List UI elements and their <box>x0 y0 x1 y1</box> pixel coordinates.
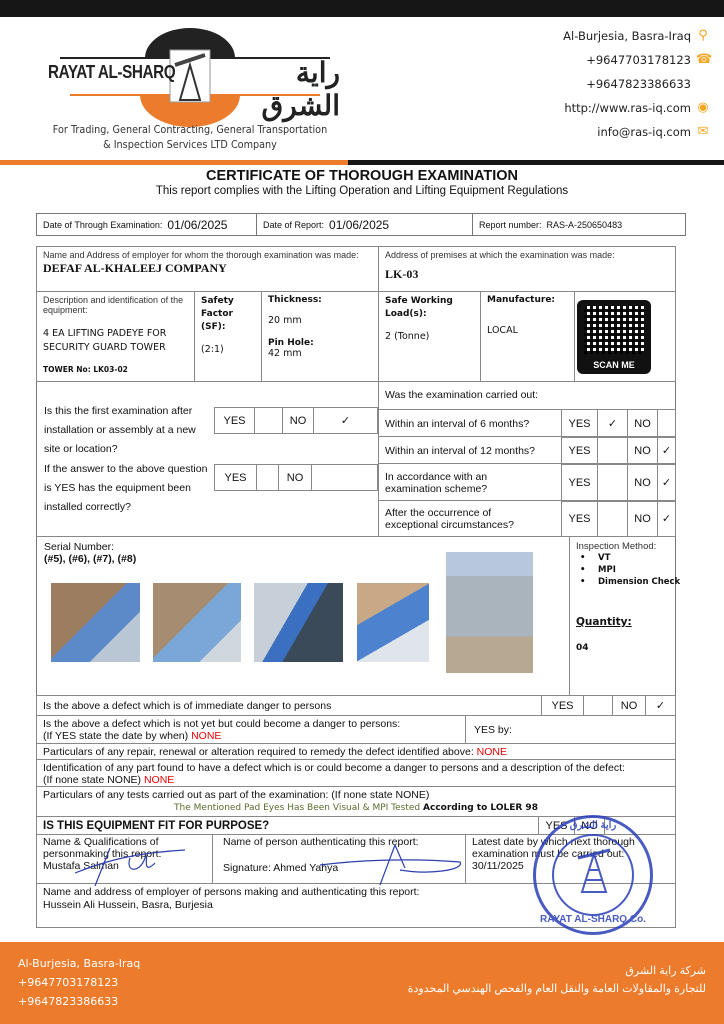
report-number-cell: Report number:RAS-A-250650483 <box>473 214 685 235</box>
carried-out-row: After the occurrence of exceptional circ… <box>378 500 676 536</box>
immediate-danger-answer: YES NO ✓ <box>541 695 676 716</box>
logo-text-arabic: راية الشرق <box>236 56 340 122</box>
yes-label: YES <box>215 408 255 433</box>
exam-date-label: Date of Through Examination: <box>43 220 162 230</box>
safe-working-load-cell: Safe Working Load(s): 2 (Tonne) <box>378 291 481 382</box>
manufacture-cell: Manufacture: LOCAL <box>480 291 575 382</box>
inspection-method-item: •Dimension Check <box>580 576 680 588</box>
tests-row: Particulars of any tests carried out as … <box>36 786 676 817</box>
yes-label: YES <box>562 464 598 501</box>
company-tagline: For Trading, General Contracting, Genera… <box>52 123 328 153</box>
contact-address: Al-Burjesia, Basra-Iraq⚲ <box>563 24 710 48</box>
first-exam-question: Is this the first examination after inst… <box>44 402 209 459</box>
premises-value: LK-03 <box>385 267 669 282</box>
tagline-line-2: & Inspection Services LTD Company <box>52 138 328 153</box>
installed-no-checkbox[interactable] <box>312 465 377 490</box>
installed-yes-checkbox[interactable] <box>257 465 279 490</box>
no-label: NO <box>279 465 312 490</box>
safety-factor-cell: Safety Factor (SF): (2:1) <box>194 291 262 382</box>
contact-phone-2: +9647823386633 <box>563 72 710 96</box>
serial-number-value: (#5), (#6), (#7), (#8) <box>44 553 136 565</box>
telephone-icon: ☎ <box>696 53 710 67</box>
report-date-label: Date of Report: <box>263 220 324 230</box>
envelope-icon: ✉ <box>696 125 710 139</box>
qr-code[interactable]: SCAN ME <box>577 300 651 374</box>
no-checkbox[interactable]: ✓ <box>658 437 675 464</box>
footer-contacts: Al-Burjesia, Basra-Iraq +9647703178123 +… <box>18 954 140 1011</box>
defect-identification-hint: (If none state NONE) <box>43 774 141 786</box>
spacer <box>696 77 710 91</box>
footer: Al-Burjesia, Basra-Iraq +9647703178123 +… <box>0 942 724 1024</box>
premises-label: Address of premises at which the examina… <box>385 250 669 260</box>
yes-label: YES <box>562 501 598 536</box>
premises-cell: Address of premises at which the examina… <box>378 246 676 292</box>
equipment-description-label: Description and identification of the eq… <box>43 295 188 315</box>
yes-label: YES <box>562 437 598 464</box>
report-date-value: 01/06/2025 <box>329 218 389 232</box>
scan-me-label: SCAN ME <box>577 360 651 370</box>
thickness-cell: Thickness: 20 mm Pin Hole: 42 mm <box>261 291 379 382</box>
stamp-derrick-icon <box>576 848 612 894</box>
installed-correctly-answer: YES NO <box>214 464 378 491</box>
padeye-photo-4 <box>357 583 429 662</box>
stamp-text-arabic: راية الشرق <box>536 820 650 831</box>
future-danger-value: NONE <box>191 730 221 742</box>
no-checkbox[interactable] <box>658 410 675 437</box>
padeye-photo-1 <box>51 583 140 662</box>
contact-block: Al-Burjesia, Basra-Iraq⚲ +9647703178123☎… <box>563 24 710 144</box>
contact-phone-1: +9647703178123☎ <box>563 48 710 72</box>
padeye-photo-3 <box>254 583 343 662</box>
safety-factor-label: Safety Factor (SF): <box>201 295 255 334</box>
tests-standard: According to LOLER 98 <box>423 803 538 813</box>
safety-factor-value: (2:1) <box>201 344 255 355</box>
exam-date-cell: Date of Through Examination:01/06/2025 <box>37 214 257 235</box>
inspection-method-label: Inspection Method: <box>576 541 656 552</box>
employer-cell: Name and Address of employer for whom th… <box>36 246 379 292</box>
installed-correctly-question: If the answer to the above question is Y… <box>44 460 209 517</box>
yes-label: YES <box>215 465 257 490</box>
defect-identification-question: Identification of any part found to have… <box>43 762 669 774</box>
defect-identification-row: Identification of any part found to have… <box>36 759 676 787</box>
certificate-subtitle: This report complies with the Lifting Op… <box>0 185 724 197</box>
carried-out-row: Within an interval of 6 months?YES✓NO <box>378 409 676 437</box>
inspection-method-item: •MPI <box>580 564 680 576</box>
report-date-cell: Date of Report:01/06/2025 <box>257 214 473 235</box>
yes-by-cell: YES by: <box>465 715 676 744</box>
yes-label: YES <box>562 410 598 437</box>
report-number-label: Report number: <box>479 220 542 230</box>
no-checkbox[interactable]: ✓ <box>658 501 675 536</box>
carried-out-answer: YESNO✓ <box>561 436 676 465</box>
no-label: NO <box>628 437 658 464</box>
carried-out-question: After the occurrence of exceptional circ… <box>385 501 545 536</box>
thickness-label: Thickness: <box>268 295 372 305</box>
logo-text-english: RAYAT AL-SHARQ <box>48 62 175 83</box>
company-logo: RAYAT AL-SHARQ راية الشرق <box>40 20 340 140</box>
fit-for-purpose-question: IS THIS EQUIPMENT FIT FOR PURPOSE? <box>43 820 269 832</box>
tower-number: TOWER No: LK03-02 <box>43 365 188 374</box>
future-danger-cell: Is the above a defect which is not yet b… <box>36 715 466 744</box>
yes-checkbox[interactable] <box>598 501 628 536</box>
swl-value: 2 (Tonne) <box>385 331 474 342</box>
immediate-no-checkbox[interactable]: ✓ <box>646 696 675 715</box>
future-danger-hint: (If YES state the date by when) <box>43 730 188 742</box>
location-pin-icon: ⚲ <box>696 29 710 43</box>
globe-icon: ◉ <box>696 101 710 115</box>
website-link[interactable]: http://www.ras-iq.com <box>564 101 691 115</box>
repair-value: NONE <box>477 746 507 758</box>
footer-phone-2: +9647823386633 <box>18 992 140 1011</box>
qr-code-pattern <box>584 306 644 354</box>
repair-row: Particulars of any repair, renewal or al… <box>36 743 676 760</box>
future-danger-question: Is the above a defect which is not yet b… <box>43 718 459 730</box>
signature-ahmed <box>310 840 470 890</box>
footer-arabic-name: شركة راية الشرق للتجارة والمقاولات العام… <box>408 962 706 998</box>
carried-out-answer: YES✓NO <box>561 409 676 438</box>
date-bar: Date of Through Examination:01/06/2025 D… <box>36 213 686 236</box>
yes-by-label: YES by: <box>474 724 512 736</box>
report-number-value: RAS-A-250650483 <box>547 220 623 230</box>
padeye-photo-2 <box>153 583 241 662</box>
yes-checkbox[interactable] <box>598 437 628 464</box>
quantity-value: 04 <box>576 643 589 653</box>
no-label: NO <box>628 410 658 437</box>
address-text: Al-Burjesia, Basra-Iraq <box>563 29 691 43</box>
certificate-title: CERTIFICATE OF THOROUGH EXAMINATION <box>0 168 724 184</box>
phone-2-text: +9647823386633 <box>586 77 691 91</box>
thickness-value: 20 mm <box>268 315 372 326</box>
no-label: NO <box>628 464 658 501</box>
footer-address: Al-Burjesia, Basra-Iraq <box>18 954 140 973</box>
carried-out-question: Within an interval of 6 months? <box>385 410 545 437</box>
no-label: NO <box>628 501 658 536</box>
email-link[interactable]: info@ras-iq.com <box>597 125 691 139</box>
defect-identification-value: NONE <box>144 774 174 786</box>
immediate-danger-question: Is the above a defect which is of immedi… <box>43 700 331 712</box>
manufacture-value: LOCAL <box>487 325 568 336</box>
carried-out-row: Within an interval of 12 months?YESNO✓ <box>378 436 676 464</box>
tagline-line-1: For Trading, General Contracting, Genera… <box>52 123 328 138</box>
contact-email[interactable]: info@ras-iq.com✉ <box>563 120 710 144</box>
quantity-label: Quantity: <box>576 616 632 628</box>
exam-date-value: 01/06/2025 <box>167 218 227 232</box>
inspection-method-list: •VT•MPI•Dimension Check <box>580 552 680 588</box>
carried-out-answer: YESNO✓ <box>561 500 676 537</box>
serial-number-label: Serial Number: <box>44 541 114 553</box>
top-bar <box>0 0 724 17</box>
swl-label: Safe Working Load(s): <box>385 295 474 321</box>
equipment-description-cell: Description and identification of the eq… <box>36 291 195 382</box>
carried-out-row: In accordance with an examination scheme… <box>378 463 676 501</box>
no-checkbox[interactable]: ✓ <box>658 464 675 501</box>
first-exam-no-checkbox[interactable]: ✓ <box>314 408 377 433</box>
employer-label: Name and Address of employer for whom th… <box>43 250 372 260</box>
first-exam-yes-checkbox[interactable] <box>255 408 283 433</box>
yes-checkbox[interactable]: ✓ <box>598 410 628 437</box>
repair-question: Particulars of any repair, renewal or al… <box>43 746 474 758</box>
first-exam-answer: YES NO ✓ <box>214 407 378 434</box>
footer-arabic-line-1: شركة راية الشرق <box>408 962 706 980</box>
yes-checkbox[interactable] <box>598 464 628 501</box>
immediate-yes-checkbox[interactable] <box>584 696 613 715</box>
pin-hole-label: Pin Hole: <box>268 338 372 348</box>
no-label: NO <box>613 696 646 715</box>
no-label: NO <box>283 408 314 433</box>
yes-label: YES <box>542 696 584 715</box>
tests-question: Particulars of any tests carried out as … <box>43 789 669 802</box>
carried-out-question: In accordance with an examination scheme… <box>385 464 545 501</box>
stamp-text-english: RAYAT AL-SHARQ Co. <box>536 914 650 925</box>
manufacture-label: Manufacture: <box>487 295 568 305</box>
contact-website[interactable]: http://www.ras-iq.com◉ <box>563 96 710 120</box>
guard-tower-photo <box>446 552 533 673</box>
carried-out-question: Within an interval of 12 months? <box>385 437 545 464</box>
phone-1-text: +9647703178123 <box>586 53 691 67</box>
company-stamp: راية الشرق RAYAT AL-SHARQ Co. <box>533 815 653 935</box>
carried-out-answer: YESNO✓ <box>561 463 676 502</box>
carried-out-label: Was the examination carried out: <box>385 389 538 401</box>
tests-value: The Mentioned Pad Eyes Has Been Visual &… <box>174 803 420 813</box>
header-stripe <box>0 160 724 165</box>
employer-value: DEFAF AL-KHALEEJ COMPANY <box>43 261 372 276</box>
pin-hole-value: 42 mm <box>268 348 372 359</box>
footer-arabic-line-2: للتجارة والمقاولات العامة والنقل العام و… <box>408 980 706 998</box>
signature-mustafa <box>70 838 190 888</box>
footer-phone-1: +9647703178123 <box>18 973 140 992</box>
equipment-description-value: 4 EA LIFTING PADEYE FOR SECURITY GUARD T… <box>43 327 188 355</box>
inspection-method-item: •VT <box>580 552 680 564</box>
divider <box>569 537 570 695</box>
